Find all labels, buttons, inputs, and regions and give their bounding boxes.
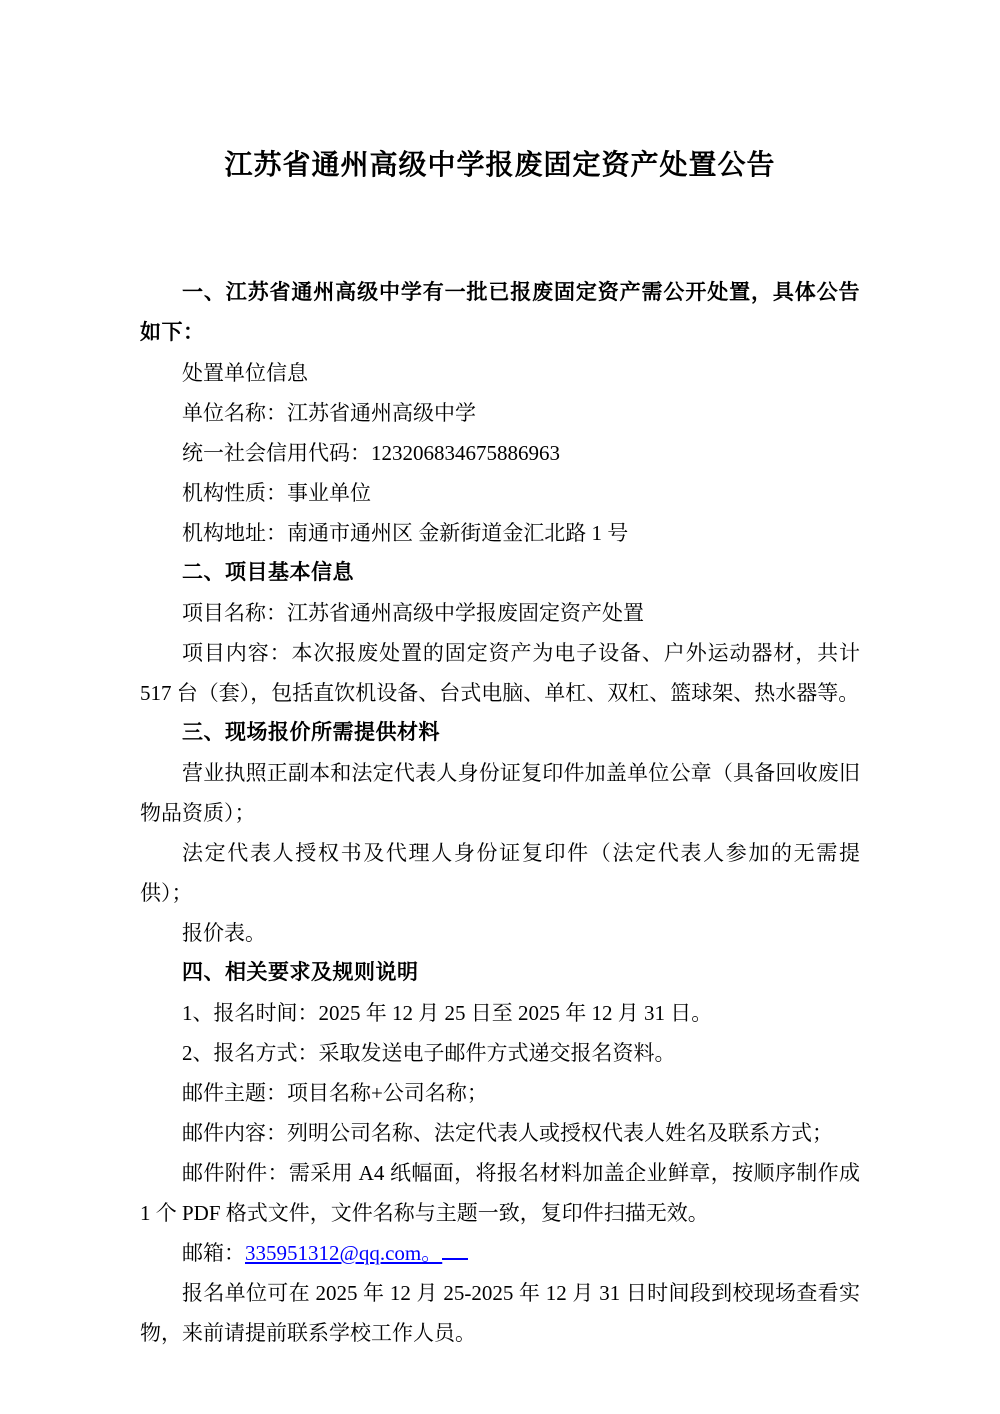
para-project-content: 项目内容：本次报废处置的固定资产为电子设备、户外运动器材，共计 517 台（套）… [140,633,860,713]
para-email-attachment: 邮件附件：需采用 A4 纸幅面，将报名材料加盖企业鲜章，按顺序制作成 1 个 P… [140,1153,860,1233]
email-link[interactable]: 335951312@qq.com。 [245,1241,442,1265]
para-unit-name: 单位名称：江苏省通州高级中学 [140,393,860,433]
para-site-visit: 报名单位可在 2025 年 12 月 25-2025 年 12 月 31 日时间… [140,1273,860,1353]
para-org-type: 机构性质：事业单位 [140,473,860,513]
heading-rules: 四、相关要求及规则说明 [140,953,860,993]
para-email-address: 邮箱：335951312@qq.com。 [140,1233,860,1273]
para-signup-time: 1、报名时间：2025 年 12 月 25 日至 2025 年 12 月 31 … [140,993,860,1033]
intro-paragraph: 一、江苏省通州高级中学有一批已报废固定资产需公开处置，具体公告如下： [140,273,860,353]
para-signup-method: 2、报名方式：采取发送电子邮件方式递交报名资料。 [140,1033,860,1073]
para-material-quote-sheet: 报价表。 [140,913,860,953]
email-label: 邮箱： [182,1241,245,1265]
para-project-name: 项目名称：江苏省通州高级中学报废固定资产处置 [140,593,860,633]
para-email-subject: 邮件主题：项目名称+公司名称； [140,1073,860,1113]
para-material-authorization: 法定代表人授权书及代理人身份证复印件（法定代表人参加的无需提供）； [140,833,860,913]
para-material-license: 营业执照正副本和法定代表人身份证复印件加盖单位公章（具备回收废旧物品资质）； [140,753,860,833]
link-underline-tail [442,1234,468,1260]
document-page: 江苏省通州高级中学报废固定资产处置公告 一、江苏省通州高级中学有一批已报废固定资… [0,0,1000,1414]
para-email-content: 邮件内容：列明公司名称、法定代表人或授权代表人姓名及联系方式； [140,1113,860,1153]
heading-project-info: 二、项目基本信息 [140,553,860,593]
heading-required-materials: 三、现场报价所需提供材料 [140,713,860,753]
para-unit-info-label: 处置单位信息 [140,353,860,393]
para-org-address: 机构地址：南通市通州区 金新街道金汇北路 1 号 [140,513,860,553]
para-credit-code: 统一社会信用代码：123206834675886963 [140,433,860,473]
page-title: 江苏省通州高级中学报废固定资产处置公告 [140,145,860,185]
